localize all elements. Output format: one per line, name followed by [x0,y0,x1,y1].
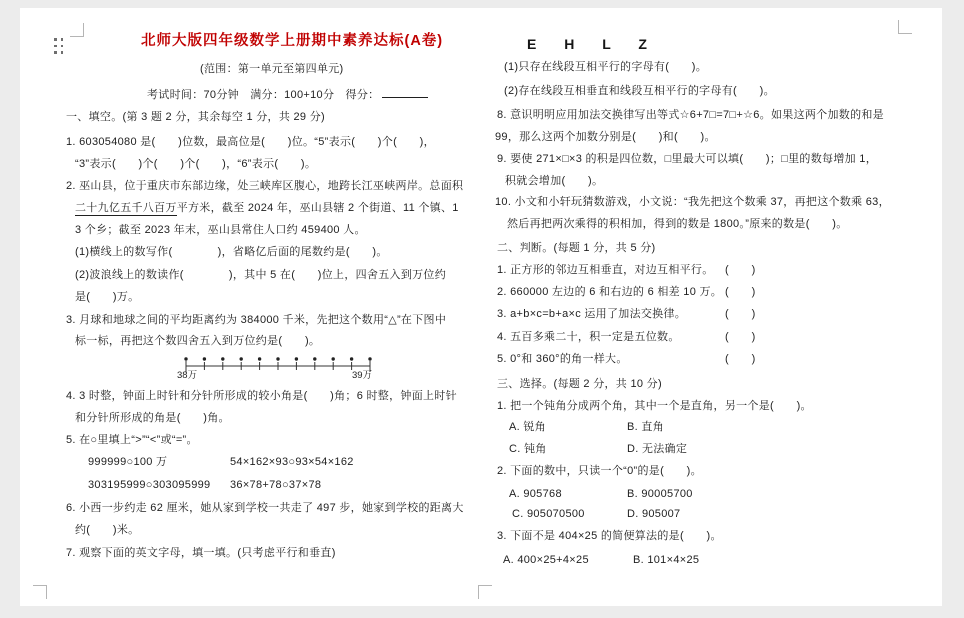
judge-1: 1. 正方形的邻边互相垂直，对边互相平行。 [497,264,714,277]
number-line-figure [180,352,376,378]
q1-line-1: 1. 603054080 是( )位数，最高位是( )位。“5”表示( )个( … [66,136,435,149]
q1-line-2: “3”表示( )个( )个( )，“6”表示( )。 [75,158,316,171]
q8-line-1: 8. 意识明明应用加法交换律写出等式☆6+7□=7□+☆6。如果这两个加数的和是 [497,109,884,122]
q7-sub-1: (1)只存在线段互相平行的字母有( )。 [504,61,707,74]
q7-line: 7. 观察下面的英文字母，填一填。(只考虑平行和垂直) [66,547,336,560]
section-2-heading: 二、判断。(每题 1 分，共 5 分) [497,242,656,255]
choice-3-option-a: A. 400×25+4×25 [503,554,589,567]
choice-1-option-a: A. 锐角 [509,421,546,434]
judge-2: 2. 660000 左边的 6 和右边的 6 相差 10 万。 [497,286,722,299]
exam-info: 考试时间：70分钟 满分：100+10分 得分： [147,85,428,102]
judge-2-answer: ( ) [725,286,756,299]
q3-line-1: 3. 月球和地球之间的平均距离约为 384000 千米，先把这个数用“△”在下图… [66,314,446,327]
q10-line-2: 然后再把两次乘得的积相加，得到的数是 1800。”原来的数是( )。 [507,218,848,231]
q5-row1-col2: 54×162×93○93×54×162 [230,456,354,469]
margin-mark-top-left [70,23,84,37]
q2-line-2: 二十九亿五千八百万平方米，截至 2024 年，巫山县辖 2 个街道、11 个镇、… [75,202,459,215]
choice-3-option-b: B. 101×4×25 [633,554,699,567]
margin-mark-bottom-middle [478,585,492,599]
q5-row2-col2: 36×78+78○37×78 [230,479,321,492]
document-canvas: 北师大版四年级数学上册期中素养达标(A卷) (范围：第一单元至第四单元) 考试时… [0,0,964,618]
choice-1-option-b: B. 直角 [627,421,664,434]
section-3-heading: 三、选择。(每题 2 分，共 10 分) [497,378,662,391]
margin-mark-top-right [898,20,912,34]
q2-line-2-rest: 平方米，截至 2024 年，巫山县辖 2 个街道、11 个镇、1 [177,202,459,214]
score-blank [382,85,428,98]
choice-2-option-a: A. 905768 [509,488,562,501]
q10-line-1: 10. 小文和小轩玩猜数游戏，小文说：“我先把这个数乘 37，再把这个数乘 63… [495,196,890,209]
q3-line-2: 标一标，再把这个数四舍五入到万位约是( )。 [75,335,320,348]
exam-info-text: 考试时间：70分钟 满分：100+10分 得分： [147,89,379,101]
choice-1-option-c: C. 钝角 [509,443,547,456]
judge-4-answer: ( ) [725,331,756,344]
q9-line-2: 积就会增加( )。 [505,175,603,188]
choice-3: 3. 下面不是 404×25 的简便算法的是( )。 [497,530,722,543]
choice-2-option-d: D. 905007 [627,508,680,521]
q2-sub-2-line-1: (2)波浪线上的数读作( )，其中 5 在( )位上，四舍五入到万位约 [75,269,446,282]
q9-line-1: 9. 要使 271×□×3 的积是四位数，□里最大可以填( )；□里的数每增加 … [497,153,877,166]
q2-sub-1: (1)横线上的数写作( )，省略亿后面的尾数约是( )。 [75,246,388,259]
drag-handle-icon[interactable] [54,38,63,54]
judge-1-answer: ( ) [725,264,756,277]
q8-line-2: 99，那么这两个加数分别是( )和( )。 [495,131,716,144]
exam-scope: (范围：第一单元至第四单元) [200,63,344,76]
q2-sub-2-line-2: 是( )万。 [75,291,139,304]
judge-5-answer: ( ) [725,353,756,366]
q5-heading: 5. 在○里填上“>”“<”或“=”。 [66,434,198,447]
judge-3: 3. a+b×c=b+a×c 运用了加法交换律。 [497,308,686,321]
q7-sub-2: (2)存在线段互相垂直和线段互相平行的字母有( )。 [504,85,775,98]
choice-2-option-b: B. 90005700 [627,488,693,501]
q5-row1-col1: 999999○100 万 [88,456,167,469]
q2-underlined-number: 二十九亿五千八百万 [75,202,177,216]
q5-row2-col1: 303195999○303095999 [88,479,210,492]
choice-2-option-c: C. 905070500 [512,508,585,521]
q4-line-1: 4. 3 时整，钟面上时针和分针所形成的较小角是( )角；6 时整，钟面上时针 [66,390,457,403]
exam-title: 北师大版四年级数学上册期中素养达标(A卷) [141,35,443,48]
q6-line-2: 约( )米。 [75,524,139,537]
q6-line-1: 6. 小西一步约走 62 厘米，她从家到学校一共走了 497 步，她家到学校的距… [66,502,464,515]
number-line-left-label: 38万 [177,369,197,382]
q2-line-1: 2. 巫山县，位于重庆市东部边缘，处三峡库区腹心，地跨长江巫峡两岸。总面积 [66,180,463,193]
number-line-right-label: 39万 [352,369,372,382]
judge-4: 4. 五百多乘二十，积一定是五位数。 [497,331,680,344]
q4-line-2: 和分针所形成的角是( )角。 [75,412,230,425]
section-1-heading: 一、填空。(第 3 题 2 分，其余每空 1 分，共 29 分) [66,111,325,124]
letters-figure: E H L Z [527,38,648,51]
margin-mark-bottom-left [33,585,47,599]
choice-1-option-d: D. 无法确定 [627,443,687,456]
choice-1: 1. 把一个钝角分成两个角，其中一个是直角，另一个是( )。 [497,400,812,413]
judge-5: 5. 0°和 360°的角一样大。 [497,353,628,366]
choice-2: 2. 下面的数中，只读一个“0”的是( )。 [497,465,702,478]
q2-line-3: 3 个乡；截至 2023 年末，巫山县常住人口约 459400 人。 [75,224,366,237]
judge-3-answer: ( ) [725,308,756,321]
